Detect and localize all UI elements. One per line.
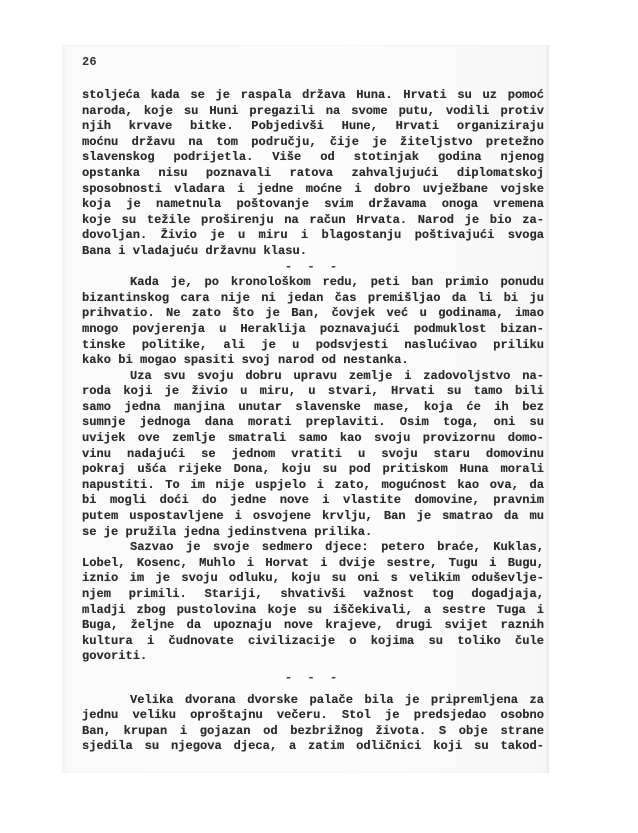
text-line: iznio im je svoju odluku, koju su oni s … [82,571,544,587]
text-line: sjedila su njegova djeca, a zatim odličn… [82,739,544,755]
text-line: koje su težile proširenju na račun Hrvat… [82,213,544,229]
text-line: napustiti. To im nije uspjelo i zato, mo… [82,478,544,494]
text-line: bi mogli doći do jedne nove i vlastite d… [82,493,544,509]
text-line: kako bi mogao spasiti svoj narod od nest… [82,353,544,369]
text-line: stoljeća kada se je raspala država Huna.… [82,88,544,104]
text-line: Buga, željne da upoznaju nove krajeve, d… [82,618,544,634]
text-line: mnogo povjerenja u Heraklija poznavajući… [82,322,544,338]
text-line: Kada je, po kronološkom redu, peti ban p… [82,275,544,291]
text-line: njih krvave bitke. Pobjedivši Hune, Hrva… [82,119,544,135]
text-line: vinu nadajući se jednom vratiti u svoju … [82,447,544,463]
text-line: Bana i vladajuću državnu klasu. [82,244,544,260]
paragraph: Velika dvorana dvorske palače bila je pr… [82,693,544,755]
page-number: 26 [82,55,97,69]
text-line: bizantinskog cara nije ni jedan čas prem… [82,291,544,307]
text-line: opstanka nisu poznavali ratova zahvaljuj… [82,166,544,182]
text-line: Sazvao je svoje sedmero djece: petero br… [82,540,544,556]
paragraph: Kada je, po kronološkom redu, peti ban p… [82,275,544,369]
text-line: njem primili. Stariji, shvativši važnost… [82,587,544,603]
paragraph: Uza svu svoju dobru upravu zemlje i zado… [82,369,544,541]
text-line: koja je nametnula poštovanje svim država… [82,197,544,213]
text-line: roda koji je živio u miru, u stvari, Hrv… [82,384,544,400]
section-separator: - - - [82,260,544,276]
paragraph: Sazvao je svoje sedmero djece: petero br… [82,540,544,665]
text-line: se je pružila jedna jedinstvena prilika. [82,525,544,541]
text-line: Ban, krupan i gojazan od bezbrižnog živo… [82,724,544,740]
text-line: Uza svu svoju dobru upravu zemlje i zado… [82,369,544,385]
text-line: sposobnosti vladara i jedne moćne i dobr… [82,182,544,198]
text-line: govoriti. [82,649,544,665]
text-line: tinske politike, ali je u podsvjesti nas… [82,338,544,354]
text-line: Lobel, Kosenc, Muhlo i Horvat i dvije se… [82,556,544,572]
text-line: pokraj ušća rijeke Dona, koju su pod pri… [82,462,544,478]
text-line: prihvatio. Ne zato što je Ban, čovjek ve… [82,306,544,322]
paragraph: stoljeća kada se je raspala država Huna.… [82,88,544,260]
text-line: uvijek ove zemlje smatrali samo kao svoj… [82,431,544,447]
text-line: dovoljan. Živio je u miru i blagostanju … [82,228,544,244]
text-line: kultura i čudnovate civilizacije o kojim… [82,634,544,650]
text-line: jednu veliku oproštajnu večeru. Stol je … [82,708,544,724]
text-line: moćnu državu na tom području, čije je ži… [82,135,544,151]
section-separator: - - - [82,671,544,687]
text-line: samo jedna manjina unutar slavenske mase… [82,400,544,416]
scanned-page: 26 stoljeća kada se je raspala država Hu… [62,45,549,773]
text-line: slavenskog podrijetla. Više od stotinjak… [82,150,544,166]
text-line: naroda, koje su Huni pregazili na svome … [82,104,544,120]
text-line: sumnje jednoga dana morati preplaviti. O… [82,415,544,431]
page-body: stoljeća kada se je raspala država Huna.… [82,88,544,755]
text-line: Velika dvorana dvorske palače bila je pr… [82,693,544,709]
text-line: mladji zbog pustolovina koje su iščekiva… [82,603,544,619]
text-line: putem uspostavljene i osvojene krvlju, B… [82,509,544,525]
